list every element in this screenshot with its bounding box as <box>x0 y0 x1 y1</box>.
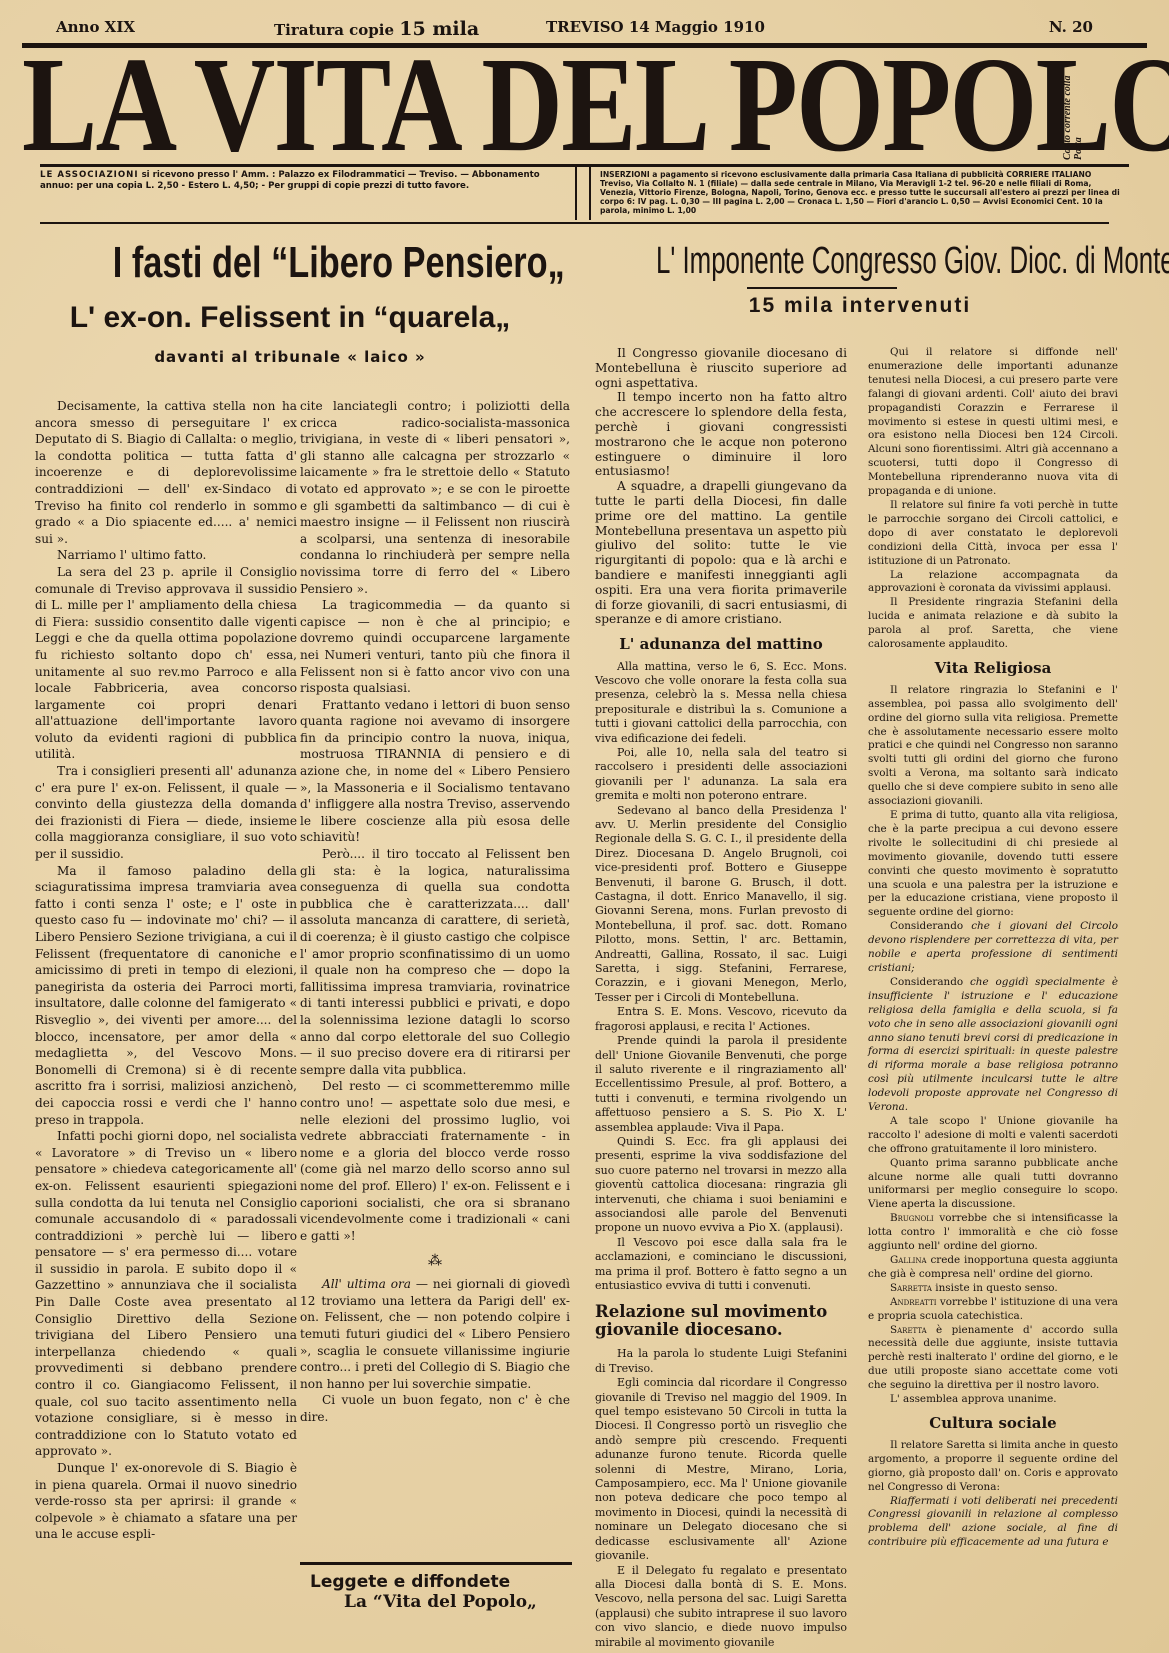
divider <box>747 287 897 289</box>
section-heading: Cultura sociale <box>868 1417 1118 1431</box>
postal-account-note: Conto corrente colla Posta <box>1062 60 1082 160</box>
divider <box>300 1562 572 1565</box>
article-right-title: L' Imponente Congresso Giov. Dioc. di Mo… <box>656 236 1064 286</box>
masthead-title: LA VITA DEL POPOLO <box>22 50 1060 160</box>
section-heading: Relazione sul movimento giovanile dioces… <box>595 1303 847 1339</box>
article-right-column-1: Il Congresso giovanile diocesano di Mont… <box>595 346 847 1650</box>
promo-box: Leggete e diffondete La “Vita del Popolo… <box>310 1572 570 1612</box>
advertising-notice: INSERZIONI a pagamento si ricevono esclu… <box>600 170 1120 215</box>
article-left-subtitle: L' ex-on. Felissent in “quarela„ <box>30 300 550 336</box>
newspaper-page: Anno XIX Tiratura copie 15 mila TREVISO … <box>0 0 1169 1653</box>
subscriptions-notice: LE ASSOCIAZIONI si ricevono presso l' Am… <box>40 170 555 192</box>
article-left-column-1: Decisamente, la cattiva stella non ha an… <box>35 398 297 1543</box>
article-right-column-2: Qui il relatore si diffonde nell' enumer… <box>868 346 1118 1550</box>
asterism-ornament: ⁂ <box>300 1256 570 1266</box>
section-heading: Vita Religiosa <box>868 662 1118 676</box>
divider <box>40 222 1109 224</box>
section-heading: L' adunanza del mattino <box>595 637 847 651</box>
article-left-kicker: davanti al tribunale « laico » <box>30 348 550 366</box>
article-right-subtitle: 15 mila intervenuti <box>580 294 1140 318</box>
article-left-title: I fasti del “Libero Pensiero„ <box>113 237 487 289</box>
ornament-divider <box>575 165 591 220</box>
article-left-column-2: cite lanciategli contro; i poliziotti de… <box>300 398 570 1426</box>
